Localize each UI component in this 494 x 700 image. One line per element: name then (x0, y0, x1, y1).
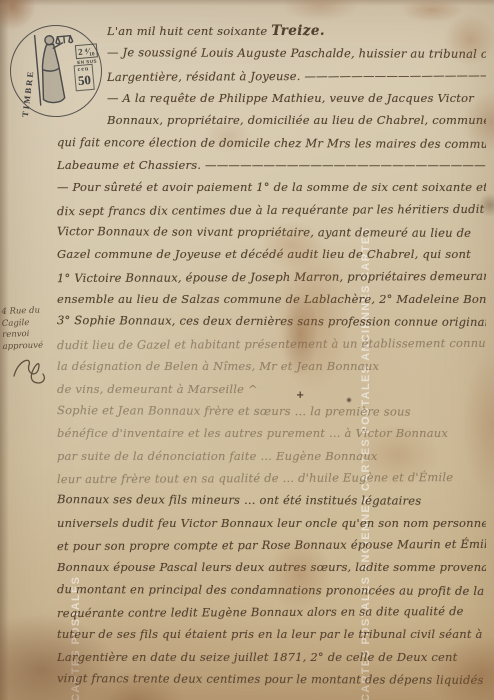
manuscript-line: et pour son propre compte et par Rose Bo… (57, 533, 486, 558)
manuscript-line: de vins, demeurant à Marseille ^ (57, 378, 486, 400)
margin-note-line: approuvé (2, 340, 57, 353)
manuscript-line: bénéfice d'inventaire et les autres pure… (57, 422, 486, 444)
manuscript-line: — A la requête de Philippe Mathieu, veuv… (107, 87, 486, 109)
manuscript-line: — Je soussigné Louis Auguste Paschalde, … (107, 42, 486, 66)
stamp-spacer (57, 20, 107, 110)
manuscript-line: requérante contre ledit Eugène Bonnaux a… (57, 600, 486, 625)
paraph-signature (8, 352, 52, 390)
manuscript-line: Largentière, résidant à Joyeuse. ———————… (107, 64, 486, 88)
manuscript-line: Bonnaux, propriétaire, domiciliée au lie… (107, 109, 486, 131)
manuscript-line: 1° Victoire Bonnaux, épouse de Joseph Ma… (57, 265, 486, 290)
margin-annotation: 4 Rue du Cagile renvoi approuvé (1, 305, 58, 353)
manuscript-line: Bonnaux épouse Pascal leurs deux autres … (57, 556, 486, 578)
manuscript-line: — Pour sûreté et avoir paiement 1° de la… (57, 176, 486, 198)
manuscript-line: dix sept francs dix centimes due à la re… (57, 198, 486, 223)
manuscript-line: vingt francs trente deux centimes pour l… (57, 667, 486, 691)
manuscript-text-block: L'an mil huit cent soixante Treize.— Je … (57, 20, 486, 700)
manuscript-line: Gazel commune de Joyeuse et décédé audit… (57, 243, 486, 265)
manuscript-line: Largentière en date du seize juillet 187… (57, 646, 486, 668)
manuscript-line: universels dudit feu Victor Bonnaux leur… (57, 512, 486, 534)
manuscript-line: L'an mil huit cent soixante Treize. (107, 20, 486, 42)
manuscript-line: du montant en principal des condamnation… (57, 578, 486, 602)
manuscript-line: Bonnaux ses deux fils mineurs … ont été … (57, 488, 486, 512)
manuscript-line: la désignation de Belen à Nîmes, Mr et J… (57, 355, 486, 377)
manuscript-line: par suite de la dénonciation faite … Eug… (57, 445, 486, 467)
margin-note-line: Cagile renvoi (2, 317, 58, 342)
manuscript-lines: L'an mil huit cent soixante Treize.— Je … (57, 20, 486, 690)
manuscript-page: CARTES POSTALES ANCIENNES CARTES POSTALE… (0, 0, 494, 700)
manuscript-line: 3° Sophie Bonnaux, ces deux dernières sa… (57, 310, 486, 334)
manuscript-line: qui fait encore élection de domicile che… (57, 131, 486, 155)
manuscript-line: Labeaume et Chassiers. —————————————————… (57, 154, 486, 176)
manuscript-line: dudit lieu de Gazel et habitant présente… (57, 332, 486, 357)
manuscript-line: tuteur de ses fils qui étaient pris en l… (57, 623, 486, 645)
insertion-mark: + (296, 390, 304, 401)
manuscript-line: ensemble au lieu de Salzas commune de La… (57, 288, 486, 310)
manuscript-line: leur autre frère tout en sa qualité de …… (57, 466, 486, 491)
manuscript-line: Victor Bonnaux de son vivant propriétair… (57, 220, 486, 244)
manuscript-line: Sophie et Jean Bonnaux frère et sœurs … … (57, 399, 486, 423)
